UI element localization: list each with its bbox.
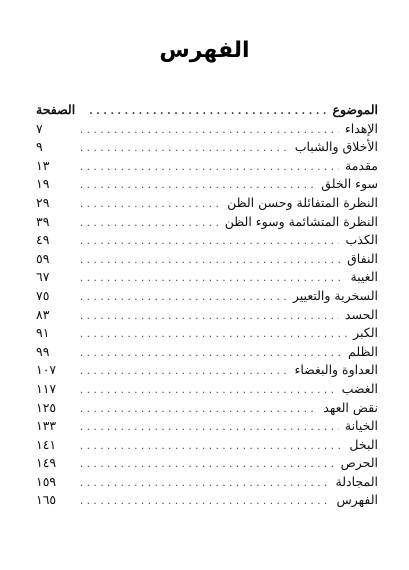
entry-page-number: ٢٩ bbox=[36, 194, 66, 213]
leader-dots: ........................................… bbox=[80, 475, 330, 494]
leader-dots: ........................................… bbox=[80, 233, 339, 252]
entry-topic: الحرص bbox=[341, 454, 378, 473]
entry-page-number: ١٣ bbox=[36, 157, 66, 176]
toc-entry: العداوة والبغضاء........................… bbox=[36, 361, 378, 380]
entry-page-number: ١١٧ bbox=[36, 380, 66, 399]
leader-dots: ........................................… bbox=[80, 456, 335, 475]
toc-entry: النظرة المتفائلة وحسن الظن..............… bbox=[36, 194, 378, 213]
entry-page-number: ٦٧ bbox=[36, 268, 66, 287]
topic-column-header: الموضوع bbox=[333, 101, 379, 120]
toc-entry: الكبر...................................… bbox=[36, 324, 378, 343]
toc-entry: الغيبة..................................… bbox=[36, 268, 378, 287]
entry-page-number: ٩٩ bbox=[36, 343, 66, 362]
toc-entry: الظلم...................................… bbox=[36, 343, 378, 362]
entry-page-number: ١٠٧ bbox=[36, 361, 66, 380]
toc-entry: البخل...................................… bbox=[36, 436, 378, 455]
toc-entry: الإهداء.................................… bbox=[36, 120, 378, 139]
entry-topic: سوء الخلق bbox=[321, 175, 378, 194]
page-column-header: الصفحة bbox=[36, 101, 75, 120]
entry-topic: نقض العهد bbox=[323, 399, 378, 418]
entry-page-number: ٩١ bbox=[36, 324, 66, 343]
entry-topic: النظرة المتشائمة وسوء الظن bbox=[225, 213, 378, 232]
entry-page-number: ١٤١ bbox=[36, 436, 66, 455]
leader-dots: ........................................… bbox=[80, 419, 339, 438]
toc-entry: الحسد...................................… bbox=[36, 306, 378, 325]
leader-dots: ........................................… bbox=[80, 252, 341, 271]
entry-topic: العداوة والبغضاء bbox=[294, 361, 378, 380]
toc-entry: الفهرس..................................… bbox=[36, 491, 378, 510]
toc-entry: السخرية والتعيير........................… bbox=[36, 287, 378, 306]
entry-topic: الأخلاق والشباب bbox=[295, 138, 378, 157]
leader-dots: ........................................… bbox=[80, 159, 339, 178]
entry-topic: الإهداء bbox=[345, 120, 378, 139]
entry-page-number: ٥٩ bbox=[36, 250, 66, 269]
toc-entry: النفاق..................................… bbox=[36, 250, 378, 269]
toc-header-row: الموضوع ................................… bbox=[36, 101, 378, 120]
leader-dots: ........................................… bbox=[80, 493, 330, 512]
leader-dots: ........................................… bbox=[80, 215, 219, 234]
entry-topic: البخل bbox=[349, 436, 378, 455]
entry-topic: الظلم bbox=[348, 343, 378, 362]
entry-page-number: ٨٣ bbox=[36, 306, 66, 325]
toc-entry: الكذب...................................… bbox=[36, 231, 378, 250]
toc-entry: الأخلاق والشباب.........................… bbox=[36, 138, 378, 157]
toc-entry: نقض العهد...............................… bbox=[36, 399, 378, 418]
toc-entry: الحرص...................................… bbox=[36, 454, 378, 473]
entry-page-number: ١٩ bbox=[36, 175, 66, 194]
entry-topic: النظرة المتفائلة وحسن الظن bbox=[227, 194, 378, 213]
entry-topic: الغيبة bbox=[350, 268, 378, 287]
leader-dots: ........................................… bbox=[80, 196, 221, 215]
toc-entry: الخيانة.................................… bbox=[36, 417, 378, 436]
entry-page-number: ١٦٥ bbox=[36, 491, 66, 510]
entry-page-number: ٩ bbox=[36, 138, 66, 157]
entry-topic: النفاق bbox=[347, 250, 378, 269]
entry-page-number: ١٣٣ bbox=[36, 417, 66, 436]
entry-page-number: ٧ bbox=[36, 120, 66, 139]
entry-page-number: ٤٩ bbox=[36, 231, 66, 250]
leader-dots: ........................................… bbox=[80, 363, 288, 382]
entry-page-number: ١٢٥ bbox=[36, 399, 66, 418]
entry-topic: المجادلة bbox=[336, 473, 378, 492]
toc-entry: الغضب...................................… bbox=[36, 380, 378, 399]
leader-dots: ........................................… bbox=[80, 438, 343, 457]
entry-topic: الكبر bbox=[353, 324, 378, 343]
leader-dots: ........................................… bbox=[80, 308, 339, 327]
entry-topic: الغضب bbox=[342, 380, 378, 399]
entry-topic: الكذب bbox=[345, 231, 378, 250]
entry-page-number: ١٤٩ bbox=[36, 454, 66, 473]
toc-entry: سوء الخلق...............................… bbox=[36, 175, 378, 194]
entry-topic: السخرية والتعيير bbox=[293, 287, 378, 306]
page-title: الفهرس bbox=[0, 38, 409, 63]
toc-entry: المجادلة................................… bbox=[36, 473, 378, 492]
leader-dots: ........................................… bbox=[80, 289, 287, 308]
toc-entry: النظرة المتشائمة وسوء الظن..............… bbox=[36, 213, 378, 232]
toc-entries: الإهداء.................................… bbox=[36, 120, 378, 510]
leader-dots: ........................................… bbox=[80, 382, 336, 401]
leader-dots: ........................................… bbox=[80, 140, 289, 159]
entry-topic: الحسد bbox=[345, 306, 378, 325]
leader-dots: ........................................… bbox=[80, 326, 347, 345]
leader-dots: ........................................… bbox=[89, 103, 326, 122]
leader-dots: ........................................… bbox=[80, 401, 317, 420]
entry-topic: الفهرس bbox=[336, 491, 378, 510]
entry-topic: الخيانة bbox=[345, 417, 378, 436]
toc-entry: مقدمة...................................… bbox=[36, 157, 378, 176]
entry-topic: مقدمة bbox=[345, 157, 378, 176]
entry-page-number: ٧٥ bbox=[36, 287, 66, 306]
entry-page-number: ٣٩ bbox=[36, 213, 66, 232]
table-of-contents: الموضوع ................................… bbox=[36, 101, 378, 510]
entry-page-number: ١٥٩ bbox=[36, 473, 66, 492]
